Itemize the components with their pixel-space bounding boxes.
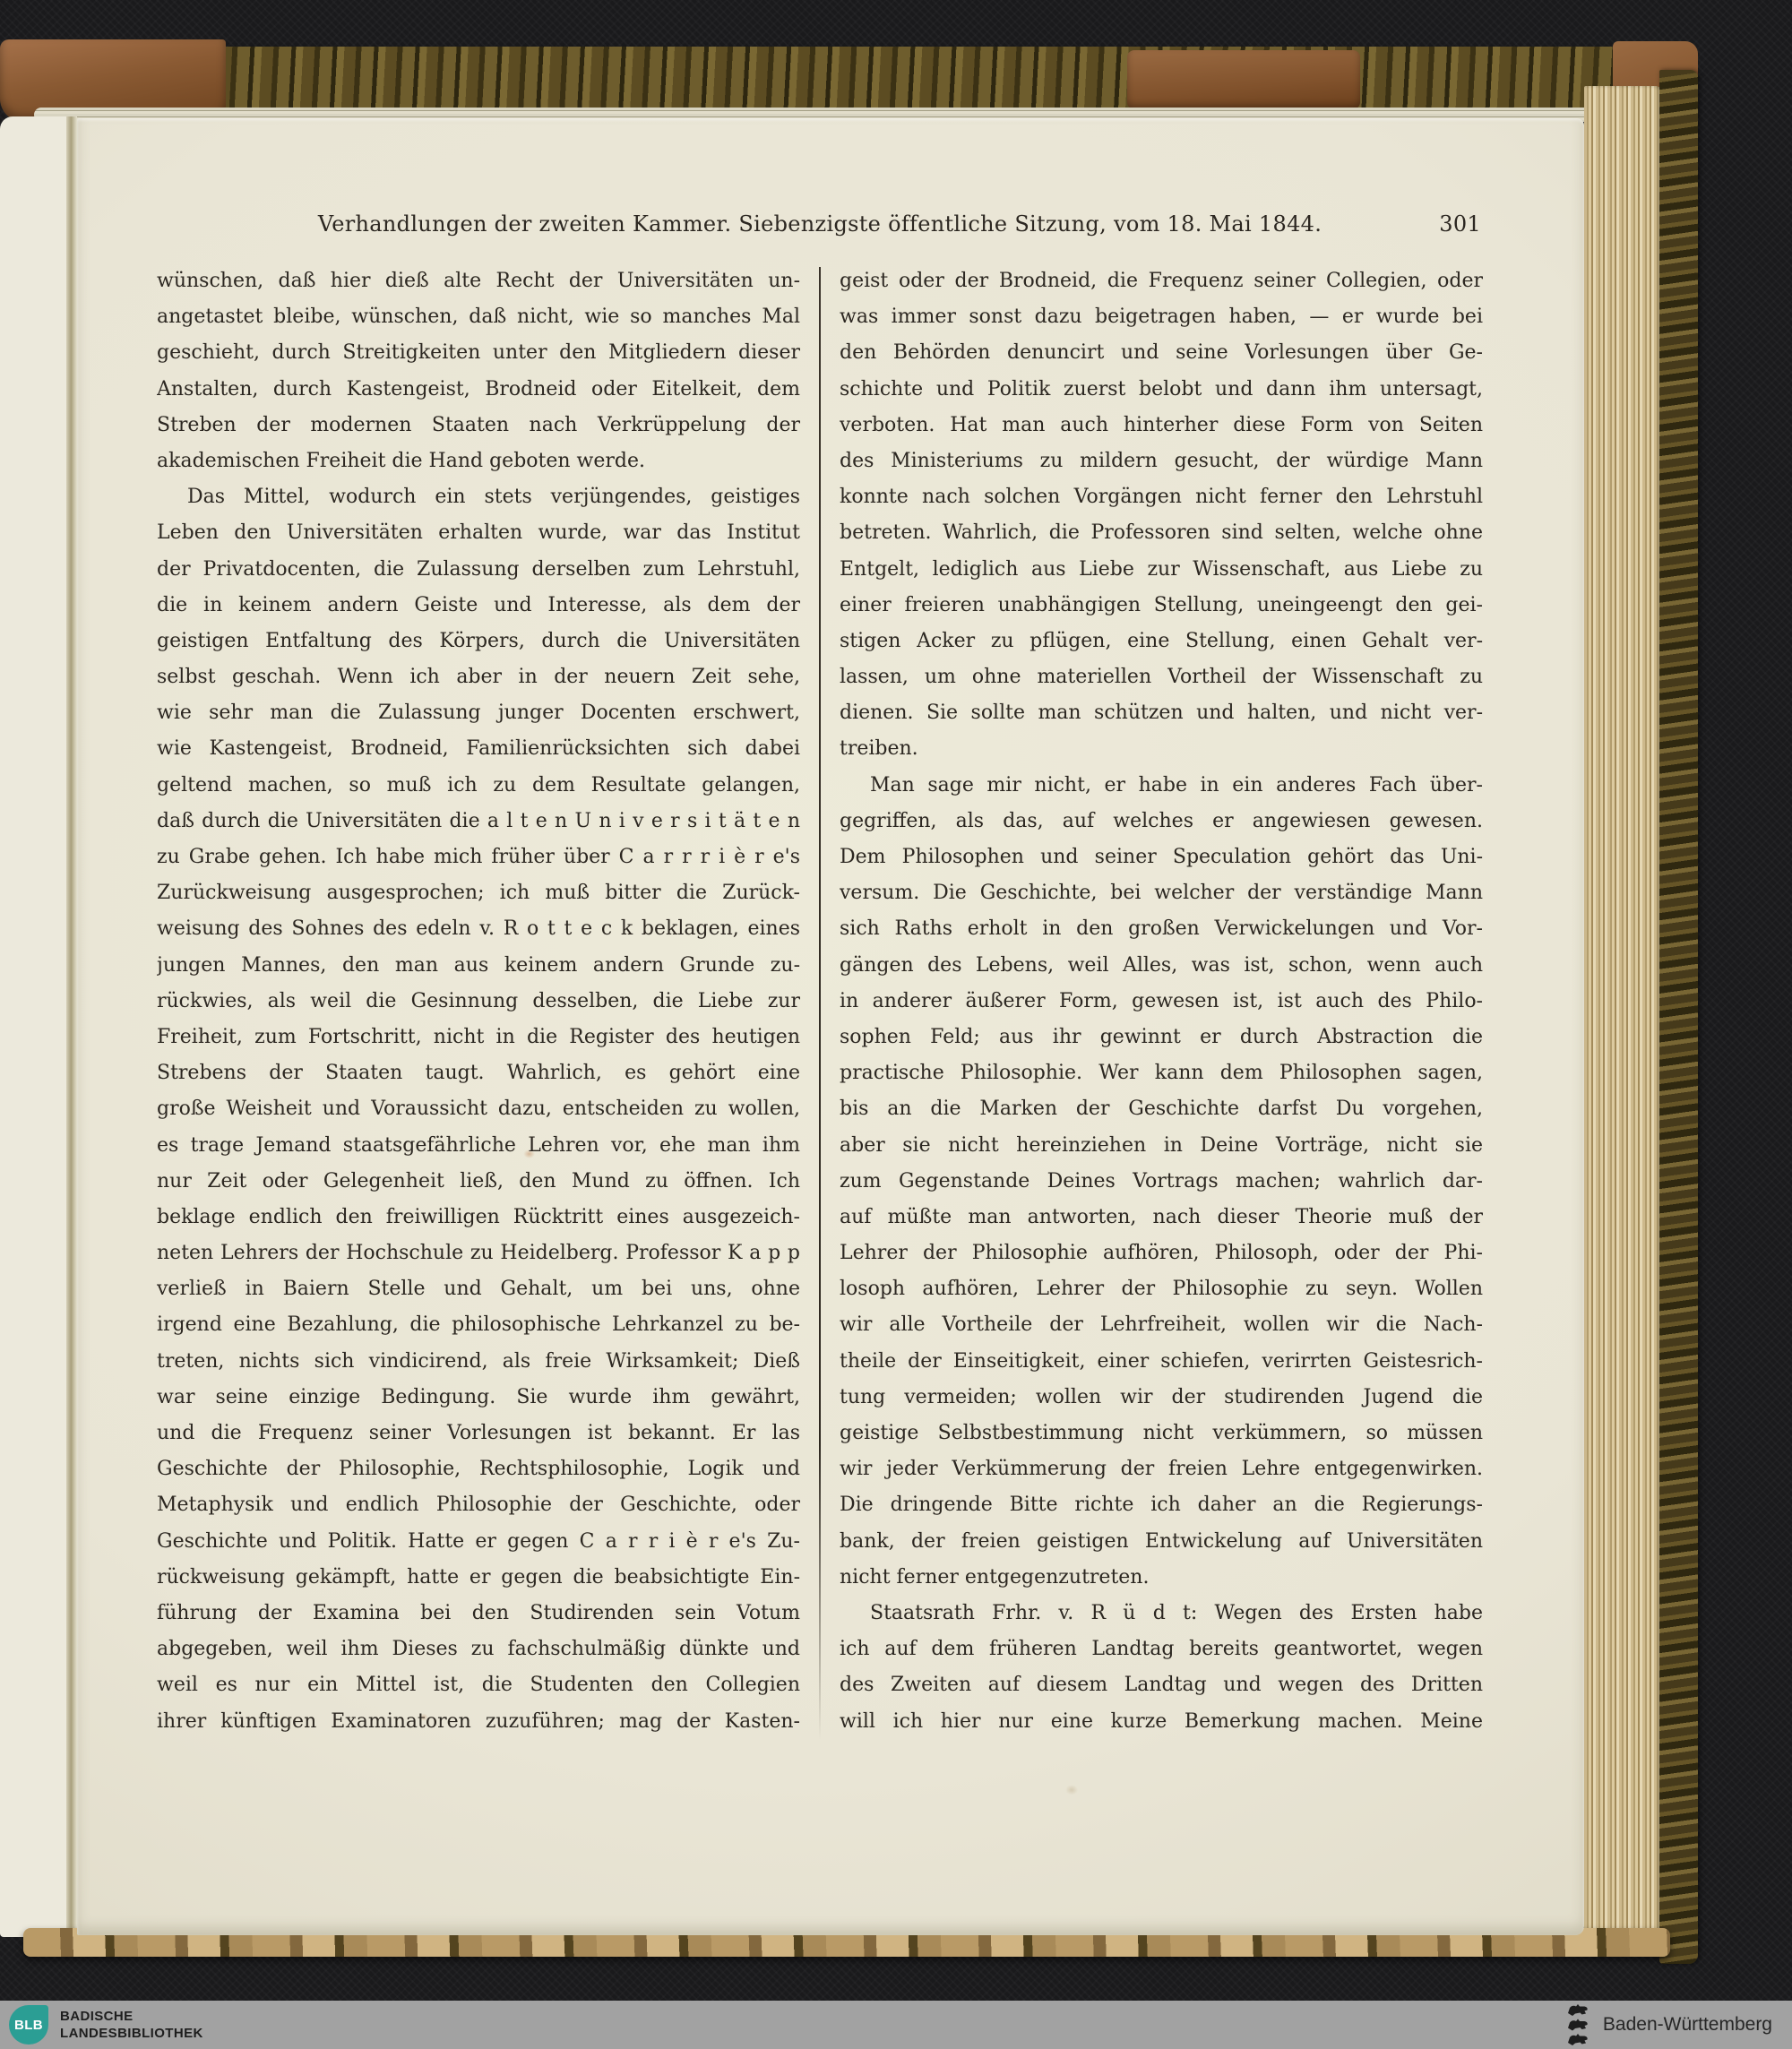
text-line: neten Lehrers der Hochschule zu Heidelbe… <box>157 1235 800 1271</box>
text-line: geist oder der Brodneid, die Frequenz se… <box>840 263 1483 299</box>
text-line: den Behörden denuncirt und seine Vorlesu… <box>840 335 1483 371</box>
text-line: tung vermeiden; wollen wir der studirend… <box>840 1380 1483 1416</box>
text-line: Streben der modernen Staaten nach Verkrü… <box>157 408 800 443</box>
text-line: wir jeder Verkümmerung der freien Lehre … <box>840 1451 1483 1487</box>
text-line: beklage endlich den freiwilligen Rücktri… <box>157 1200 800 1235</box>
book-top-leather-band <box>1127 50 1360 109</box>
text-line: rückwies, als weil die Gesinnung desselb… <box>157 984 800 1020</box>
text-line: zu Grabe gehen. Ich habe mich früher übe… <box>157 839 800 875</box>
text-line: ihrer künftigen Examinatoren zuzuführen;… <box>157 1704 800 1740</box>
text-line: bank, der freien geistigen Entwickelung … <box>840 1524 1483 1560</box>
text-line: versum. Die Geschichte, bei welcher der … <box>840 875 1483 911</box>
text-line: gegriffen, als das, auf welches er angew… <box>840 804 1483 839</box>
viewer-footer-bar: BLB BADISCHE LANDESBIBLIOTHEK Baden-Würt… <box>0 2001 1792 2049</box>
text-line: bis an die Marken der Geschichte darfst … <box>840 1091 1483 1127</box>
text-line: rückweisung gekämpft, hatte er gegen die… <box>157 1560 800 1596</box>
book-cover-marbled-strip <box>1659 70 1698 1964</box>
running-header: Verhandlungen der zweiten Kammer. Sieben… <box>157 211 1483 242</box>
text-line: jungen Mannes, den man aus keinem andern… <box>157 948 800 984</box>
text-line: irgend eine Bezahlung, die philosophisch… <box>157 1307 800 1343</box>
text-line: Lehrer der Philosophie aufhören, Philoso… <box>840 1235 1483 1271</box>
library-name-line2: LANDESBIBLIOTHEK <box>60 2025 203 2043</box>
book-gutter-crease <box>66 116 77 1937</box>
printed-text-area: Verhandlungen der zweiten Kammer. Sieben… <box>157 118 1483 1935</box>
text-line: was immer sonst dazu beigetragen haben, … <box>840 299 1483 335</box>
text-line: große Weisheit und Voraussicht dazu, ent… <box>157 1091 800 1127</box>
text-line: des Zweiten auf diesem Landtag und wegen… <box>840 1667 1483 1703</box>
blb-logo-icon: BLB <box>9 2005 48 2045</box>
text-line: will ich hier nur eine kurze Bemerkung m… <box>840 1704 1483 1740</box>
text-line: geistige Selbstbestimmung nicht verkümme… <box>840 1416 1483 1451</box>
running-header-title: Verhandlungen der zweiten Kammer. Sieben… <box>318 211 1322 237</box>
baden-wuerttemberg-arms-icon <box>1566 2003 1590 2046</box>
library-name-line1: BADISCHE <box>60 2008 203 2026</box>
text-line: lassen, um ohne materiellen Vortheil der… <box>840 659 1483 695</box>
digitized-book-scan: Verhandlungen der zweiten Kammer. Sieben… <box>0 0 1792 2049</box>
state-brand: Baden-Württemberg <box>1566 2003 1772 2046</box>
text-line: theile der Einseitigkeit, einer schiefen… <box>840 1344 1483 1380</box>
text-line: schichte und Politik zuerst belobt und d… <box>840 372 1483 408</box>
text-line: Entgelt, lediglich aus Liebe zur Wissens… <box>840 552 1483 588</box>
library-brand: BLB BADISCHE LANDESBIBLIOTHEK <box>9 2005 203 2045</box>
text-line: losoph aufhören, Lehrer der Philosophie … <box>840 1271 1483 1307</box>
text-line: gängen des Lebens, weil Alles, was ist, … <box>840 948 1483 984</box>
text-line: weisung des Sohnes des edeln v. R o t t … <box>157 911 800 947</box>
text-line: Das Mittel, wodurch ein stets verjüngend… <box>157 479 800 515</box>
text-line: Metaphysik und endlich Philosophie der G… <box>157 1487 800 1523</box>
text-line: nicht ferner entgegenzutreten. <box>840 1560 1483 1596</box>
text-line: des Ministeriums zu mildern gesucht, der… <box>840 443 1483 479</box>
book-fore-edge-pages <box>1584 86 1661 1953</box>
text-line: zum Gegenstande Deines Vortrags machen; … <box>840 1164 1483 1200</box>
text-line: Geschichte der Philosophie, Rechtsphilos… <box>157 1451 800 1487</box>
text-line: einer freieren unabhängigen Stellung, un… <box>840 588 1483 624</box>
facing-page-sliver <box>0 116 70 1937</box>
text-line: betreten. Wahrlich, die Professoren sind… <box>840 515 1483 551</box>
text-column-right: geist oder der Brodneid, die Frequenz se… <box>840 263 1483 1740</box>
state-name-label: Baden-Württemberg <box>1603 2014 1772 2036</box>
text-line: Zurückweisung ausgesprochen; ich muß bit… <box>157 875 800 911</box>
text-line: wünschen, daß hier dieß alte Recht der U… <box>157 263 800 299</box>
text-line: nur Zeit oder Gelegenheit ließ, den Mund… <box>157 1164 800 1200</box>
text-line: treiben. <box>840 731 1483 767</box>
text-line: auf müßte man antworten, nach dieser The… <box>840 1200 1483 1235</box>
text-line: dienen. Sie sollte man schützen und halt… <box>840 695 1483 731</box>
text-line: Strebens der Staaten taugt. Wahrlich, es… <box>157 1055 800 1091</box>
text-line: die in keinem andern Geiste und Interess… <box>157 588 800 624</box>
book-top-marbled-edge <box>14 47 1670 115</box>
text-line: sich Raths erholt in den großen Verwicke… <box>840 911 1483 947</box>
text-line: der Privatdocenten, die Zulassung dersel… <box>157 552 800 588</box>
text-line: verboten. Hat man auch hinterher diese F… <box>840 408 1483 443</box>
text-line: sophen Feld; aus ihr gewinnt er durch Ab… <box>840 1020 1483 1055</box>
text-line: Freiheit, zum Fortschritt, nicht in die … <box>157 1020 800 1055</box>
text-line: Geschichte und Politik. Hatte er gegen C… <box>157 1524 800 1560</box>
text-line: practische Philosophie. Wer kann dem Phi… <box>840 1055 1483 1091</box>
text-line: geltend machen, so muß ich zu dem Result… <box>157 768 800 804</box>
text-line: daß durch die Universitäten die a l t e … <box>157 804 800 839</box>
book-page: Verhandlungen der zweiten Kammer. Sieben… <box>77 118 1584 1935</box>
text-line: Anstalten, durch Kastengeist, Brodneid o… <box>157 372 800 408</box>
text-line: in anderer äußerer Form, gewesen ist, is… <box>840 984 1483 1020</box>
text-line: treten, nichts sich vindicirend, als fre… <box>157 1344 800 1380</box>
text-line: aber sie nicht hereinziehen in Deine Vor… <box>840 1128 1483 1164</box>
text-line: geistigen Entfaltung des Körpers, durch … <box>157 624 800 659</box>
text-line: wir alle Vortheile der Lehrfreiheit, wol… <box>840 1307 1483 1343</box>
text-line: es trage Jemand staatsgefährliche Lehren… <box>157 1128 800 1164</box>
library-name: BADISCHE LANDESBIBLIOTHEK <box>60 2008 203 2043</box>
text-line: Man sage mir nicht, er habe in ein ander… <box>840 768 1483 804</box>
text-line: Die dringende Bitte richte ich daher an … <box>840 1487 1483 1523</box>
text-line: wie Kastengeist, Brodneid, Familienrücks… <box>157 731 800 767</box>
text-line: war seine einzige Bedingung. Sie wurde i… <box>157 1380 800 1416</box>
text-line: ich auf dem früheren Landtag bereits gea… <box>840 1631 1483 1667</box>
text-line: und die Frequenz seiner Vorlesungen ist … <box>157 1416 800 1451</box>
text-line: Leben den Universitäten erhalten wurde, … <box>157 515 800 551</box>
text-line: Staatsrath Frhr. v. R ü d t: Wegen des E… <box>840 1596 1483 1631</box>
text-line: konnte nach solchen Vorgängen nicht fern… <box>840 479 1483 515</box>
text-line: Dem Philosophen und seiner Speculation g… <box>840 839 1483 875</box>
text-line: selbst geschah. Wenn ich aber in der neu… <box>157 659 800 695</box>
text-line: geschieht, durch Streitigkeiten unter de… <box>157 335 800 371</box>
text-line: weil es nur ein Mittel ist, die Studente… <box>157 1667 800 1703</box>
page-number: 301 <box>1439 211 1481 237</box>
column-divider-rule <box>819 267 821 1740</box>
text-line: führung der Examina bei den Studirenden … <box>157 1596 800 1631</box>
text-line: angetastet bleibe, wünschen, daß nicht, … <box>157 299 800 335</box>
text-line: abgegeben, weil ihm Dieses zu fachschulm… <box>157 1631 800 1667</box>
text-line: verließ in Baiern Stelle und Gehalt, um … <box>157 1271 800 1307</box>
text-line: wie sehr man die Zulassung junger Docent… <box>157 695 800 731</box>
two-column-text: wünschen, daß hier dieß alte Recht der U… <box>157 263 1483 1740</box>
text-line: akademischen Freiheit die Hand geboten w… <box>157 443 800 479</box>
text-line: stigen Acker zu pflügen, eine Stellung, … <box>840 624 1483 659</box>
text-column-left: wünschen, daß hier dieß alte Recht der U… <box>157 263 800 1740</box>
